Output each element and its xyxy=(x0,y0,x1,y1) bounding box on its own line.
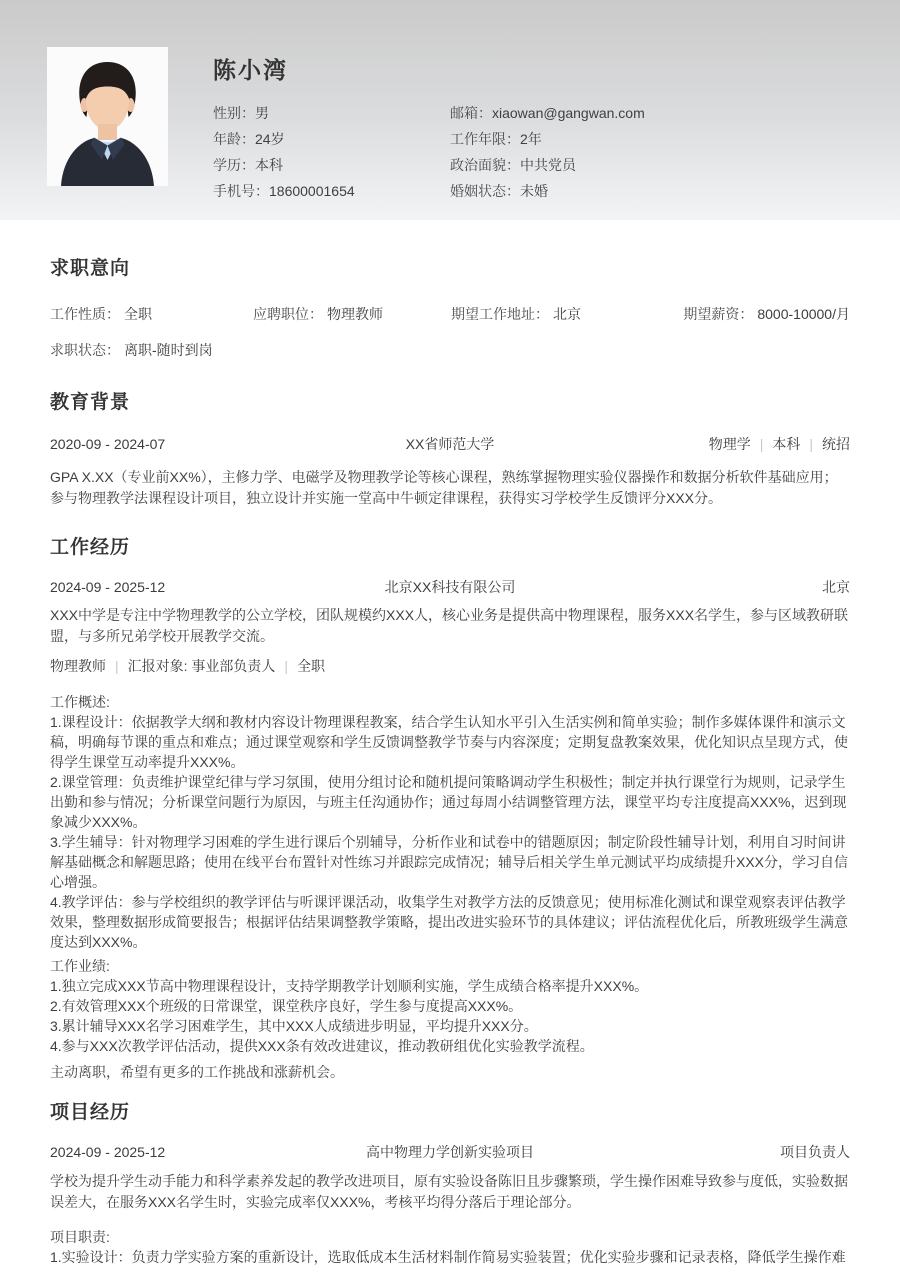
job-status-field: 求职状态：离职-随时到岗 xyxy=(50,340,850,360)
project-summary-row: 2024-09 - 2025-12 高中物理力学创新实验项目 项目负责人 xyxy=(50,1142,850,1162)
info-value: 24岁 xyxy=(255,131,285,147)
work-achievement-item: 3.累计辅导XXX名学习困难学生，其中XXX人成绩进步明显，平均提升XXX分。 xyxy=(50,1016,850,1036)
resume-header: 陈小湾 性别：男 年龄：24岁 学历：本科 手机号：18600001654 邮箱… xyxy=(0,0,900,220)
expected-salary-field: 期望薪资：8000-10000/月 xyxy=(675,304,850,324)
school-name: XX省师范大学 xyxy=(300,434,600,454)
project-description: 学校为提升学生动手能力和科学素养发起的教学改进项目，原有实验设备陈旧且步骤繁琐，… xyxy=(50,1171,850,1213)
project-name: 高中物理力学创新实验项目 xyxy=(300,1142,600,1162)
field-value: 全职 xyxy=(124,306,152,322)
section-title-project-experience: 项目经历 xyxy=(50,1102,850,1124)
field-label: 工作性质： xyxy=(50,306,120,322)
info-value: 18600001654 xyxy=(269,183,355,199)
education-summary-row: 2020-09 - 2024-07 XX省师范大学 物理学|本科|统招 xyxy=(50,434,850,454)
work-achievement-item: 1.独立完成XXX节高中物理课程设计，支持学期教学计划顺利实施，学生成绩合格率提… xyxy=(50,976,850,996)
enroll-type: 统招 xyxy=(822,436,850,452)
expected-location-field: 期望工作地址：北京 xyxy=(451,304,675,324)
separator: | xyxy=(106,658,128,674)
info-row-marital-status: 婚姻状态：未婚 xyxy=(450,178,850,204)
section-title-work-experience: 工作经历 xyxy=(50,537,850,559)
separator: | xyxy=(800,436,822,452)
field-value: 离职-随时到岗 xyxy=(124,342,213,358)
report-to: 汇报对象: 事业部负责人 xyxy=(128,658,276,674)
work-achievements-title: 工作业绩: xyxy=(50,956,850,976)
header-text: 陈小湾 性别：男 年龄：24岁 学历：本科 手机号：18600001654 邮箱… xyxy=(213,52,850,204)
info-row-work-years: 工作年限：2年 xyxy=(450,126,850,152)
info-value: 中共党员 xyxy=(520,157,576,173)
work-overview-block: 工作概述: 1.课程设计：依据教学大纲和教材内容设计物理课程教案，结合学生认知水… xyxy=(50,692,850,952)
field-value: 北京 xyxy=(553,306,581,322)
project-period: 2024-09 - 2025-12 xyxy=(50,1142,300,1162)
work-achievements-block: 工作业绩: 1.独立完成XXX节高中物理课程设计，支持学期教学计划顺利实施，学生… xyxy=(50,956,850,1056)
target-position-field: 应聘职位：物理教师 xyxy=(253,304,451,324)
work-overview-item: 2.课堂管理：负责维护课堂纪律与学习氛围，使用分组讨论和随机提问策略调动学生积极… xyxy=(50,772,850,832)
info-label: 工作年限： xyxy=(450,131,520,147)
work-overview-item: 3.学生辅导：针对物理学习困难的学生进行课后个别辅导，分析作业和试卷中的错题原因… xyxy=(50,832,850,892)
info-label: 学历： xyxy=(213,157,255,173)
work-location: 北京 xyxy=(600,577,850,597)
major: 物理学 xyxy=(709,436,751,452)
project-duty-block: 项目职责: 1.实验设计：负责力学实验方案的重新设计，选取低成本生活材料制作简易… xyxy=(50,1227,850,1267)
work-overview-item: 4.教学评估：参与学校组织的教学评估与听课评课活动，收集学生对教学方法的反馈意见… xyxy=(50,892,850,952)
education-period: 2020-09 - 2024-07 xyxy=(50,434,300,454)
section-education: 教育背景 2020-09 - 2024-07 XX省师范大学 物理学|本科|统招… xyxy=(50,392,850,509)
info-row-education: 学历：本科 xyxy=(213,152,450,178)
company-name: 北京XX科技有限公司 xyxy=(300,577,600,597)
info-label: 婚姻状态： xyxy=(450,183,520,199)
job-type: 全职 xyxy=(297,658,325,674)
education-meta: 物理学|本科|统招 xyxy=(600,434,850,454)
section-project-experience: 项目经历 2024-09 - 2025-12 高中物理力学创新实验项目 项目负责… xyxy=(50,1102,850,1267)
field-label: 应聘职位： xyxy=(253,306,323,322)
info-label: 性别： xyxy=(213,105,255,121)
info-value: xiaowan@gangwan.com xyxy=(492,105,645,121)
section-title-job-intention: 求职意向 xyxy=(50,258,850,280)
work-overview-item: 1.课程设计：依据教学大纲和教材内容设计物理课程教案，结合学生认知水平引入生活实… xyxy=(50,712,850,772)
degree: 本科 xyxy=(772,436,800,452)
profile-photo xyxy=(47,47,168,186)
info-row-phone: 手机号：18600001654 xyxy=(213,178,450,204)
info-label: 年龄： xyxy=(213,131,255,147)
personal-info-left-column: 性别：男 年龄：24岁 学历：本科 手机号：18600001654 xyxy=(213,100,450,204)
section-job-intention: 求职意向 工作性质：全职 应聘职位：物理教师 期望工作地址：北京 期望薪资：80… xyxy=(50,258,850,360)
work-achievement-item: 2.有效管理XXX个班级的日常课堂，课堂秩序良好，学生参与度提高XXX%。 xyxy=(50,996,850,1016)
work-overview-title: 工作概述: xyxy=(50,692,850,712)
job-intention-row-1: 工作性质：全职 应聘职位：物理教师 期望工作地址：北京 期望薪资：8000-10… xyxy=(50,304,850,324)
project-duty-item: 1.实验设计：负责力学实验方案的重新设计，选取低成本生活材料制作简易实验装置；优… xyxy=(50,1247,850,1267)
job-nature-field: 工作性质：全职 xyxy=(50,304,253,324)
info-value: 本科 xyxy=(255,157,283,173)
info-label: 政治面貌： xyxy=(450,157,520,173)
company-description: XXX中学是专注中学物理教学的公立学校，团队规模约XXX人，核心业务是提供高中物… xyxy=(50,605,850,647)
work-achievement-item: 4.参与XXX次教学评估活动，提供XXX条有效改进建议，推动教研组优化实验教学流… xyxy=(50,1036,850,1056)
field-label: 求职状态： xyxy=(50,342,120,358)
personal-info-right-column: 邮箱：xiaowan@gangwan.com 工作年限：2年 政治面貌：中共党员… xyxy=(450,100,850,204)
info-row-age: 年龄：24岁 xyxy=(213,126,450,152)
field-value: 物理教师 xyxy=(327,306,383,322)
project-duty-title: 项目职责: xyxy=(50,1227,850,1247)
field-label: 期望薪资： xyxy=(683,306,753,322)
leave-reason: 主动离职，希望有更多的工作挑战和涨薪机会。 xyxy=(50,1062,850,1082)
project-role: 项目负责人 xyxy=(600,1142,850,1162)
section-title-education: 教育背景 xyxy=(50,392,850,414)
section-work-experience: 工作经历 2024-09 - 2025-12 北京XX科技有限公司 北京 XXX… xyxy=(50,537,850,1082)
resume-page: 陈小湾 性别：男 年龄：24岁 学历：本科 手机号：18600001654 邮箱… xyxy=(0,0,900,1275)
info-value: 2年 xyxy=(520,131,542,147)
work-summary-row: 2024-09 - 2025-12 北京XX科技有限公司 北京 xyxy=(50,577,850,597)
candidate-name: 陈小湾 xyxy=(213,52,850,85)
avatar-portrait-icon xyxy=(47,47,168,186)
position-title: 物理教师 xyxy=(50,658,106,674)
info-value: 男 xyxy=(255,105,269,121)
info-value: 未婚 xyxy=(520,183,548,199)
education-description: GPA X.XX（专业前XX%），主修力学、电磁学及物理教学论等核心课程，熟练掌… xyxy=(50,467,850,509)
info-label: 手机号： xyxy=(213,183,269,199)
field-label: 期望工作地址： xyxy=(451,306,549,322)
info-label: 邮箱： xyxy=(450,105,492,121)
personal-info: 性别：男 年龄：24岁 学历：本科 手机号：18600001654 邮箱：xia… xyxy=(213,100,850,204)
work-period: 2024-09 - 2025-12 xyxy=(50,577,300,597)
info-row-email: 邮箱：xiaowan@gangwan.com xyxy=(450,100,850,126)
info-row-gender: 性别：男 xyxy=(213,100,450,126)
separator: | xyxy=(275,658,297,674)
separator: | xyxy=(751,436,773,452)
position-meta-row: 物理教师|汇报对象: 事业部负责人|全职 xyxy=(50,656,850,676)
info-row-political-status: 政治面貌：中共党员 xyxy=(450,152,850,178)
field-value: 8000-10000/月 xyxy=(757,306,850,322)
